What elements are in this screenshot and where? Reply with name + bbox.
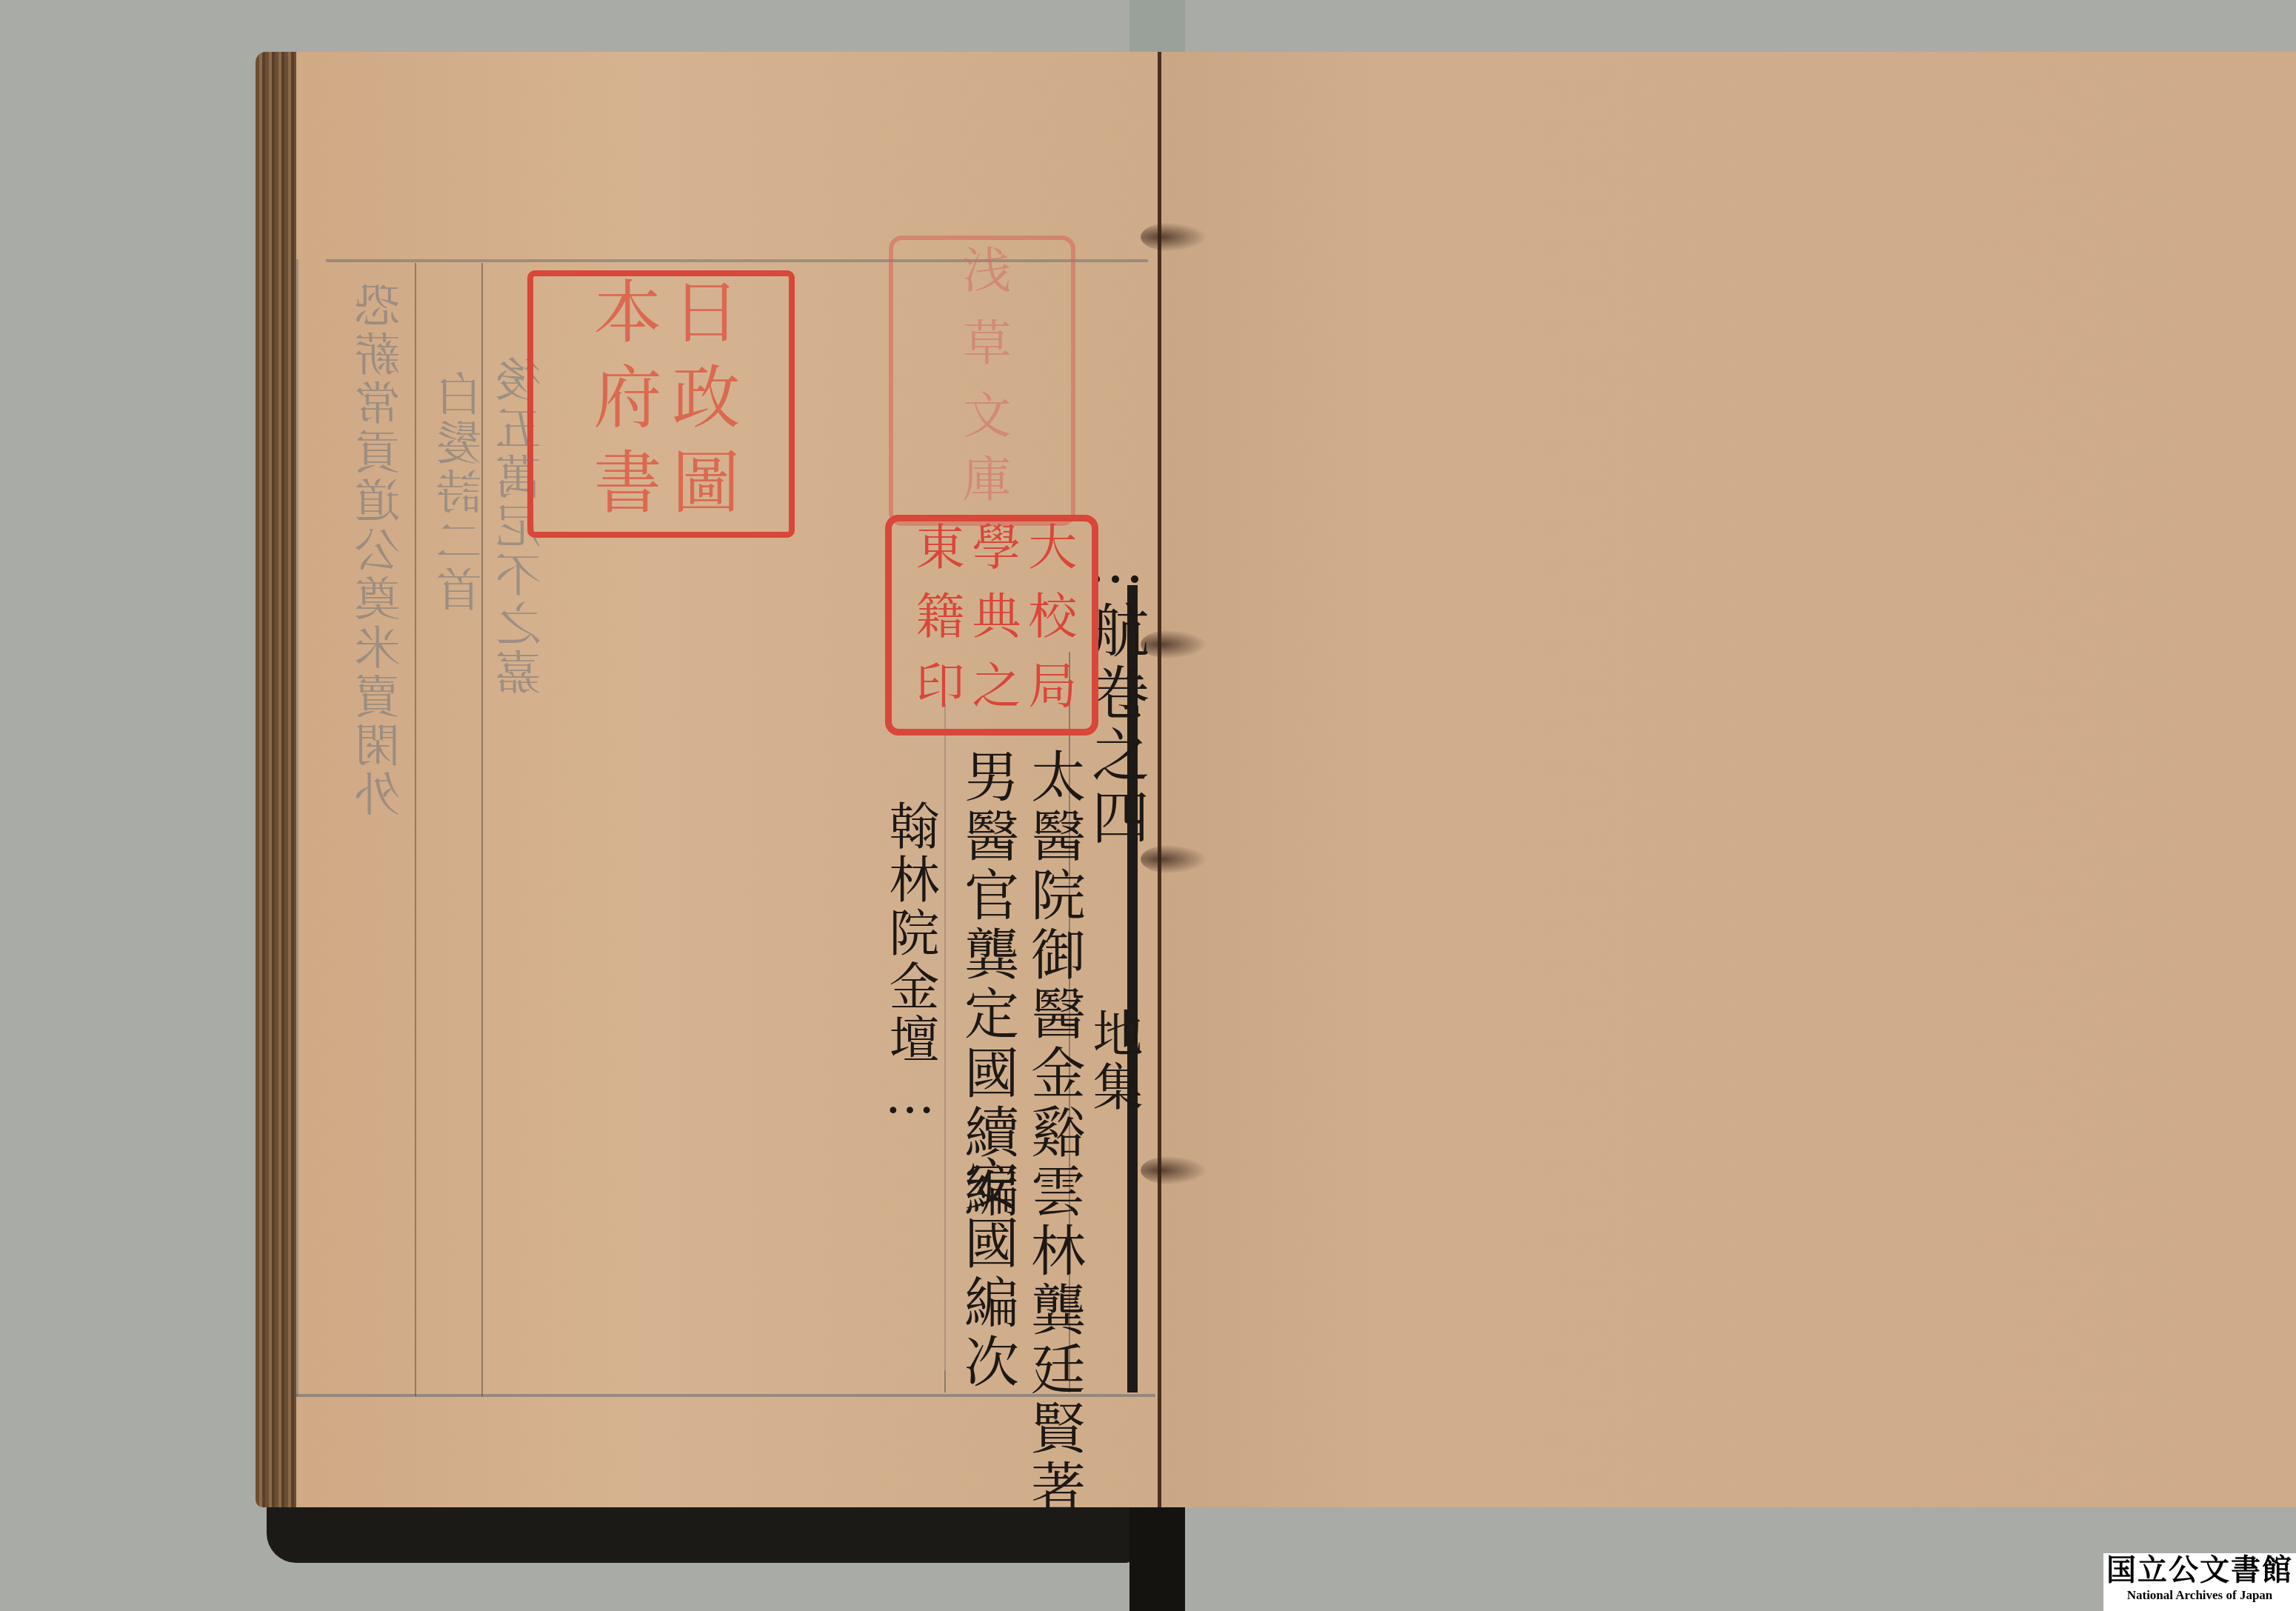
background-gap-bottom — [1129, 1507, 1185, 1611]
faint-collection-seal: 浅 草 文庫 — [889, 236, 1075, 526]
seal-column: 文庫 — [954, 390, 1010, 517]
background-gap-top — [1129, 0, 1185, 52]
government-library-seal: 日本 政府 圖書 — [527, 270, 795, 538]
logo-english-text: National Archives of Japan — [2103, 1587, 2296, 1604]
spine-fold — [1158, 52, 1161, 1507]
bleed-through-text: 白髮詩二首 — [430, 370, 495, 615]
collation-line: 翰林院金壇… — [874, 800, 946, 1128]
bleed-through-text: 恐薪常貢道公奠米賣閑外 — [348, 281, 414, 819]
page-stack-edge — [256, 52, 296, 1507]
seal-column: 日本 — [583, 276, 740, 361]
seal-column: 局之印 — [907, 660, 1076, 729]
right-page-blank — [1159, 52, 2296, 1507]
editor-line: 安國編次 — [948, 1155, 1027, 1392]
seal-column: 校典籍 — [907, 590, 1076, 659]
binding-stitch — [1141, 222, 1207, 252]
column-rule — [415, 263, 416, 1396]
seal-column: 政府 — [583, 361, 740, 447]
university-bureau-seal: 大學東 校典籍 局之印 — [885, 515, 1098, 736]
national-archives-logo: 国立公文書館 National Archives of Japan — [2103, 1553, 2296, 1611]
print-frame-left — [296, 259, 298, 1396]
seal-column: 浅 — [954, 244, 1010, 308]
binding-stitch — [1141, 1155, 1207, 1185]
seal-column: 圖書 — [583, 447, 740, 532]
logo-japanese-text: 国立公文書館 — [2103, 1553, 2296, 1587]
continuation-line: 男醫官龔定國續編 — [948, 748, 1027, 1222]
seal-column: 大學東 — [907, 521, 1076, 590]
book-shadow — [267, 1504, 1133, 1563]
seal-column: 草 — [954, 317, 1010, 381]
